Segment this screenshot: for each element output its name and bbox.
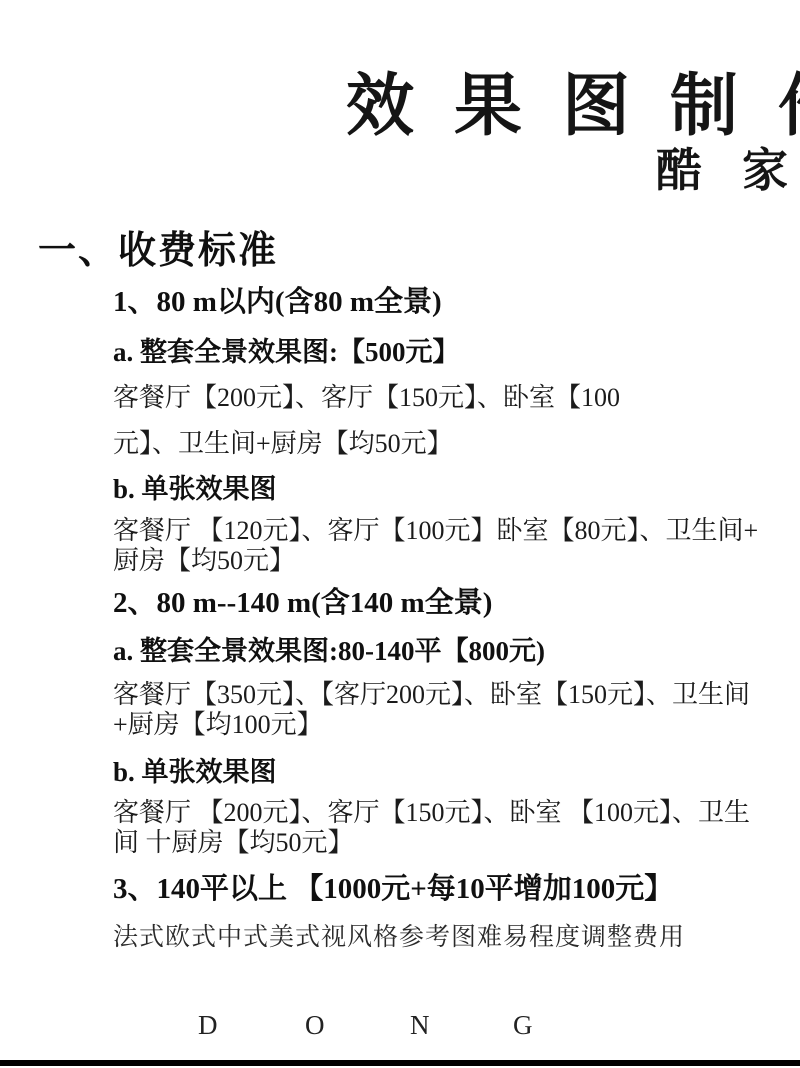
subheading-single-1: b. 单张效果图 [113,476,277,503]
document-page: 效果图制作 酷家 一、收费标准 1、80 m以内(含80 m全景) a. 整套全… [0,0,800,1068]
heading-size-tier-2: 2、80 m--140 m(含140 m全景) [113,589,492,618]
price-line: 间 十厨房【均50元】 [113,830,354,856]
page-subtitle: 酷家 [656,148,800,194]
price-line: 客餐厅 【120元】、客厅【100元】卧室【80元】、卫生间+ [113,518,758,544]
bottom-edge-bar [0,1060,800,1066]
watermark-letter: G [513,1012,533,1039]
subheading-full-set-2: a. 整套全景效果图:80-140平【800元) [113,638,545,665]
watermark-letter: D [198,1012,218,1039]
style-note-line: 法式欧式中式美式视风格参考图难易程度调整费用 [113,925,685,950]
price-line: 客餐厅【200元】、客厅【150元】、卧室【100 [113,385,620,411]
page-title: 效果图制作 [346,72,800,140]
subheading-full-set-1: a. 整套全景效果图:【500元】 [113,339,460,366]
price-line: 元】、卫生间+厨房【均50元】 [113,431,453,457]
section-heading: 一、收费标准 [38,232,278,270]
subheading-single-2: b. 单张效果图 [113,759,277,786]
price-line: 厨房【均50元】 [113,548,295,574]
price-line: 客餐厅【350元】、【客厅200元】、卧室【150元】、卫生间 [113,682,750,708]
heading-size-tier-3: 3、140平以上 【1000元+每10平增加100元】 [113,875,673,904]
price-line: 客餐厅 【200元】、客厅【150元】、卧室 【100元】、卫生 [113,800,750,826]
price-line: +厨房【均100元】 [113,712,323,738]
watermark-letter: O [305,1012,325,1039]
heading-size-tier-1: 1、80 m以内(含80 m全景) [113,288,442,317]
watermark-letter: N [410,1012,430,1039]
